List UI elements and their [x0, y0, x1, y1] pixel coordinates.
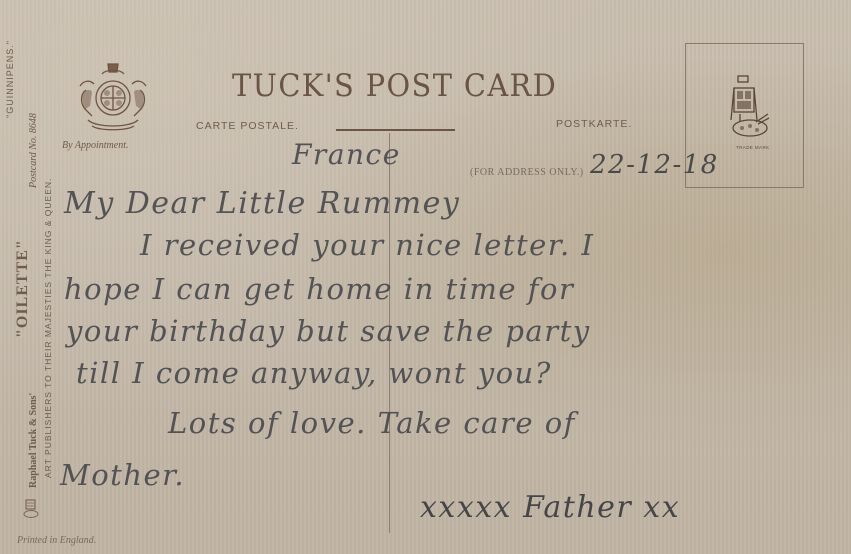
postcard-back: "GUINNIPENS." Postcard No. 8648 Raphael …: [0, 0, 851, 554]
series-name: "GUINNIPENS.": [5, 40, 15, 118]
small-trademark-icon: [22, 498, 40, 520]
postcard-number: Postcard No. 8648: [28, 113, 39, 188]
handwritten-line: till I come anyway, wont you?: [76, 356, 552, 390]
handwritten-line: hope I can get home in time for: [64, 272, 574, 306]
handwritten-line: your birthday but save the party: [66, 314, 591, 348]
handwritten-line: Lots of love. Take care of: [168, 406, 576, 440]
handwritten-line: My Dear Little Rummey: [64, 186, 460, 221]
trade-mark-caption: TRADE MARK: [736, 145, 770, 150]
handwritten-place: France: [292, 138, 401, 171]
handwritten-date: 22-12-18: [590, 150, 719, 180]
carte-postale-label: CARTE POSTALE.: [196, 120, 299, 132]
handwritten-line: I received your nice letter. I: [140, 228, 594, 262]
printed-in-england-caption: Printed in England.: [17, 535, 96, 546]
publisher-name: Raphael Tuck & Sons': [28, 393, 39, 488]
brand-name: "OILETTE": [14, 239, 32, 338]
by-appointment-caption: By Appointment.: [62, 140, 128, 151]
handwritten-signature: xxxxx Father xx: [420, 490, 680, 525]
postkarte-label: POSTKARTE.: [556, 118, 632, 130]
easel-palette-trademark-icon: [726, 74, 772, 146]
publisher-tagline: ART PUBLISHERS TO THEIR MAJESTIES THE KI…: [43, 178, 53, 478]
title-rule: [336, 129, 455, 131]
royal-coat-of-arms-icon: [72, 60, 154, 136]
for-address-only-label: (FOR ADDRESS ONLY.): [470, 167, 584, 178]
handwritten-line: Mother.: [60, 458, 185, 492]
card-title: TUCK'S POST CARD: [232, 68, 557, 104]
